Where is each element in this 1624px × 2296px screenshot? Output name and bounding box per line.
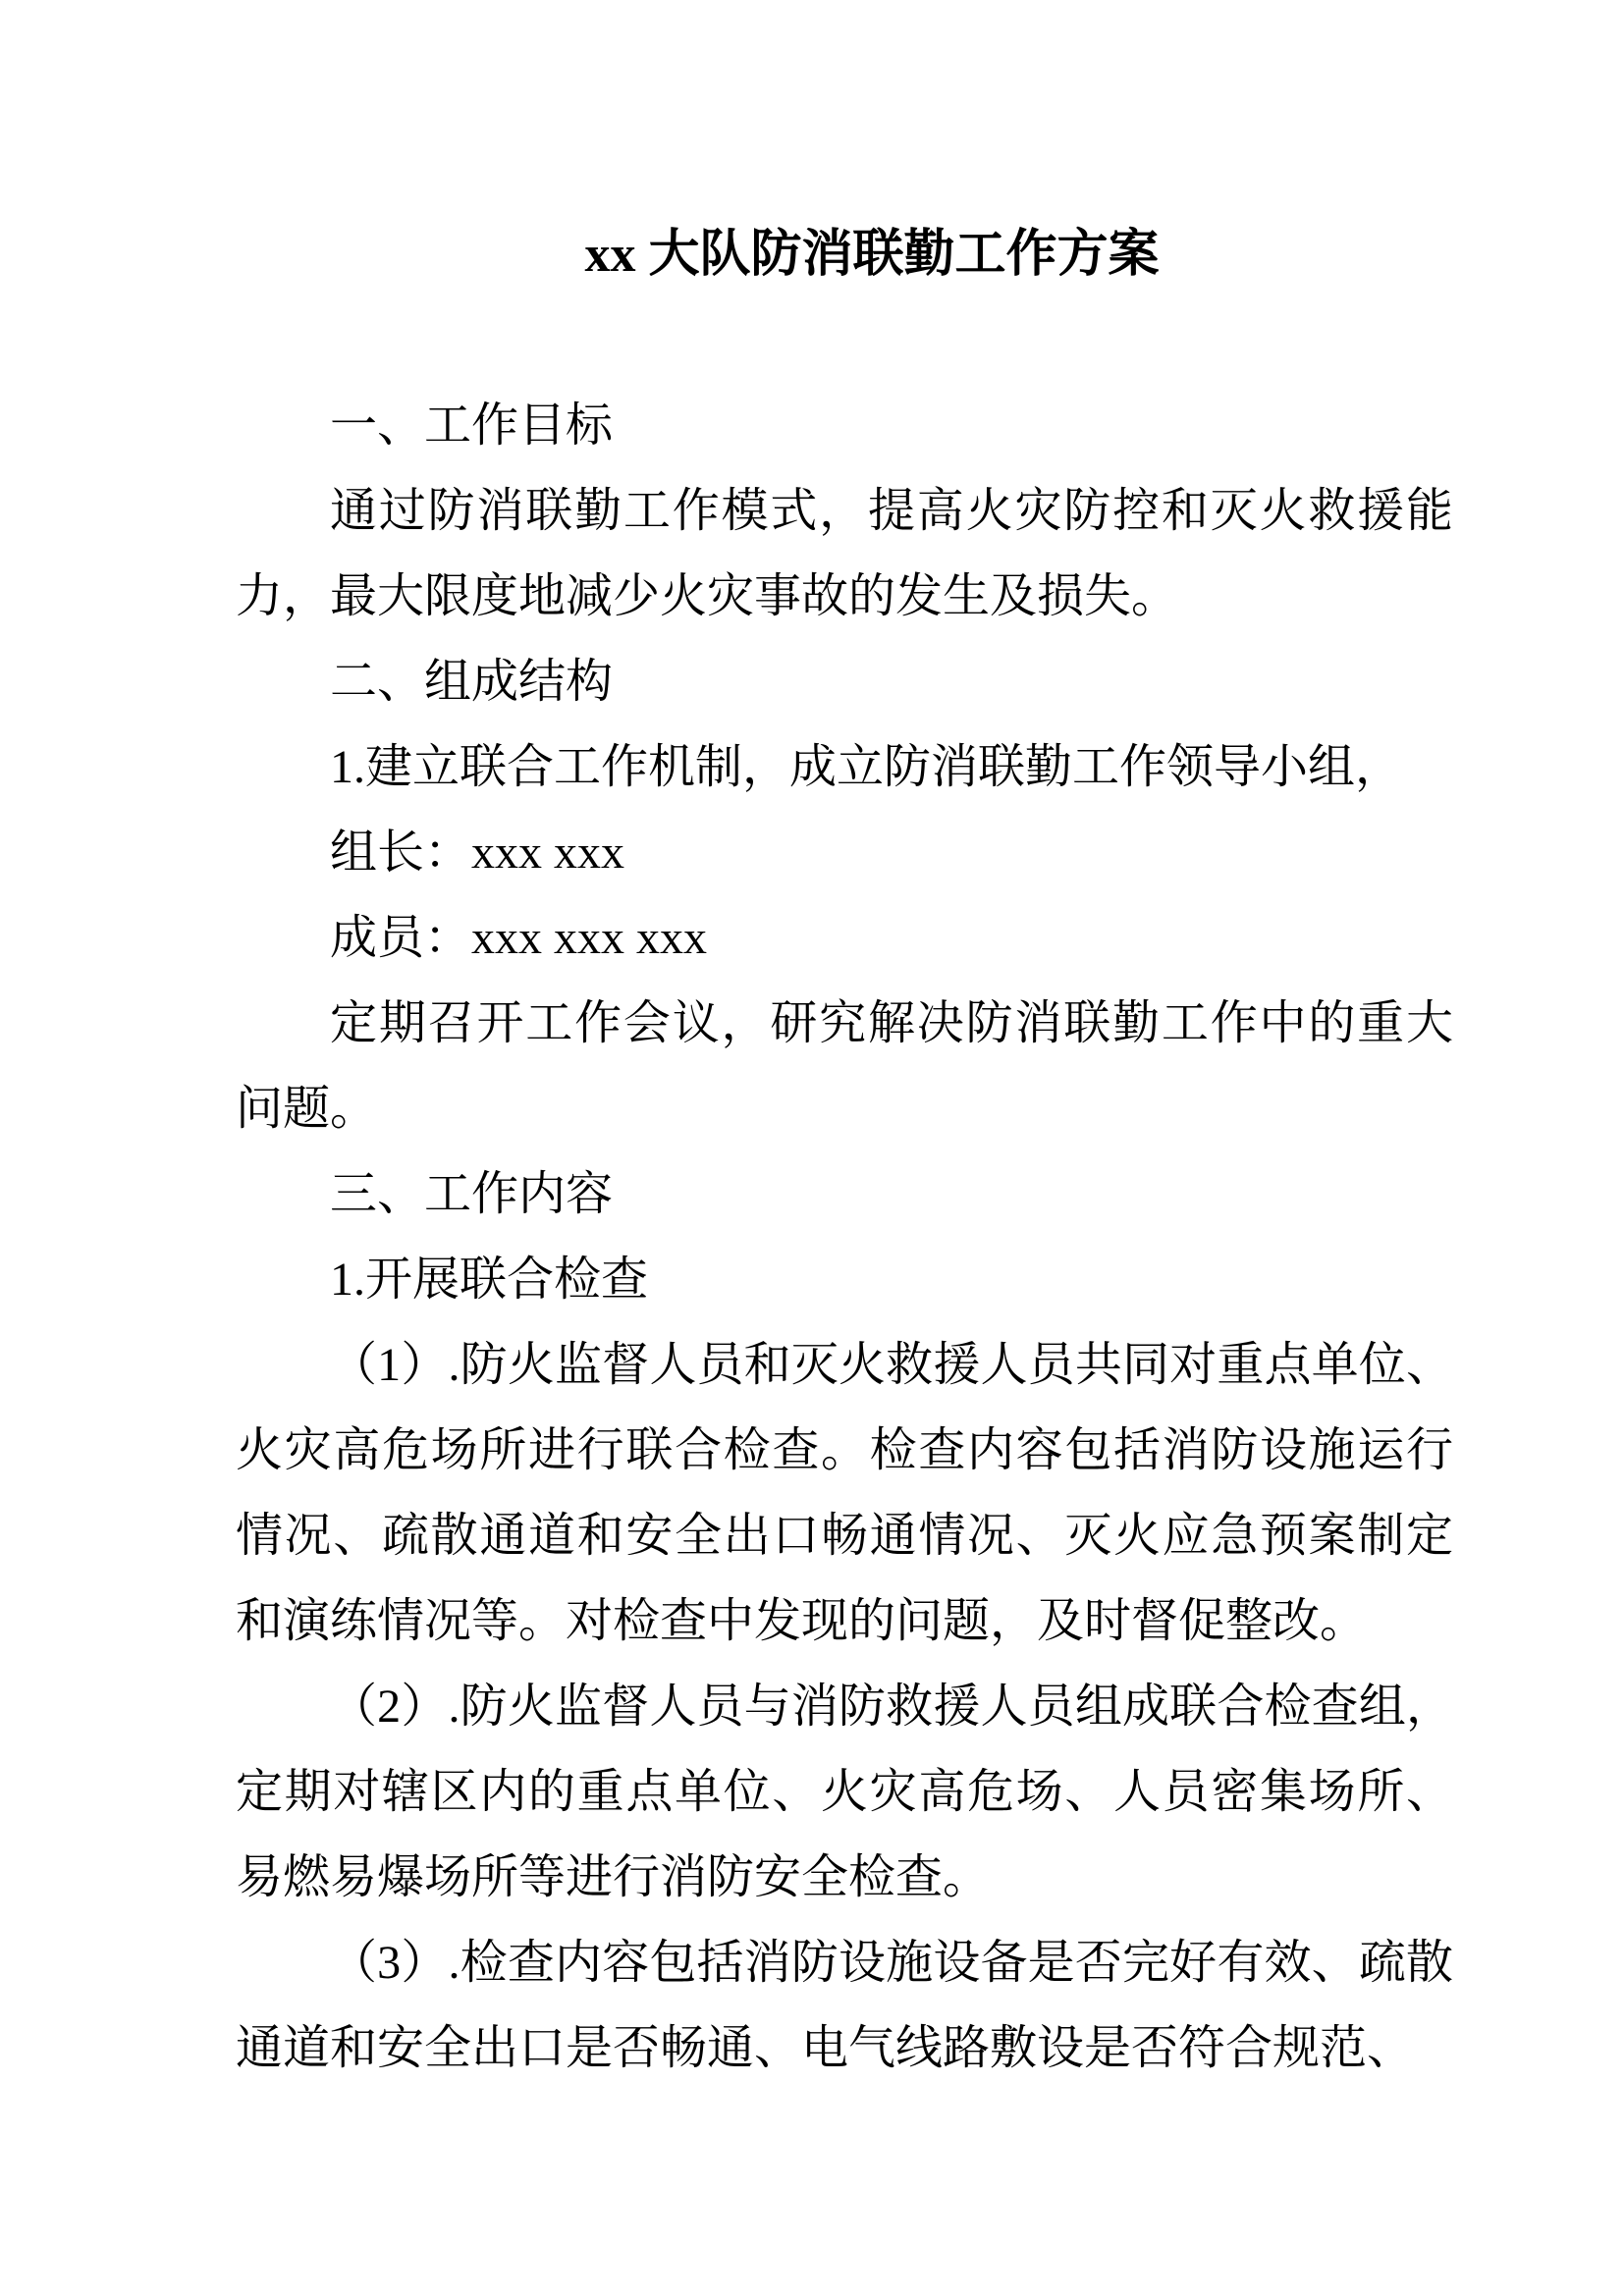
paragraph-item-3: （3）.检查内容包括消防设施设备是否完好有效、疏散通道和安全出口是否畅通、电气线… [236,1920,1453,2091]
paragraph-heading-2: 二、组成结构 [236,639,1453,724]
paragraph-joint-check: 1.开展联合检查 [236,1237,1453,1322]
document-content: xx 大队防消联勤工作方案 一、工作目标 通过防消联勤工作模式，提高火灾防控和灭… [236,0,1453,2091]
paragraph-goal: 通过防消联勤工作模式，提高火灾防控和灭火救援能力，最大限度地减少火灾事故的发生及… [236,468,1453,639]
paragraph-members: 成员：xxx xxx xxx [236,895,1453,981]
paragraph-item-1: （1）.防火监督人员和灭火救援人员共同对重点单位、火灾高危场所进行联合检查。检查… [236,1322,1453,1664]
document-body: 一、工作目标 通过防消联勤工作模式，提高火灾防控和灭火救援能力，最大限度地减少火… [236,383,1453,2091]
paragraph-item-2: （2）.防火监督人员与消防救援人员组成联合检查组，定期对辖区内的重点单位、火灾高… [236,1664,1453,1920]
paragraph-meetings: 定期召开工作会议，研究解决防消联勤工作中的重大问题。 [236,981,1453,1151]
paragraph-heading-1: 一、工作目标 [236,383,1453,468]
paragraph-heading-3: 三、工作内容 [236,1151,1453,1237]
paragraph-mechanism: 1.建立联合工作机制，成立防消联勤工作领导小组， [236,724,1453,810]
document-page: xx 大队防消联勤工作方案 一、工作目标 通过防消联勤工作模式，提高火灾防控和灭… [0,0,1624,2296]
document-title: xx 大队防消联勤工作方案 [236,0,1453,299]
paragraph-leader: 组长：xxx xxx [236,810,1453,895]
